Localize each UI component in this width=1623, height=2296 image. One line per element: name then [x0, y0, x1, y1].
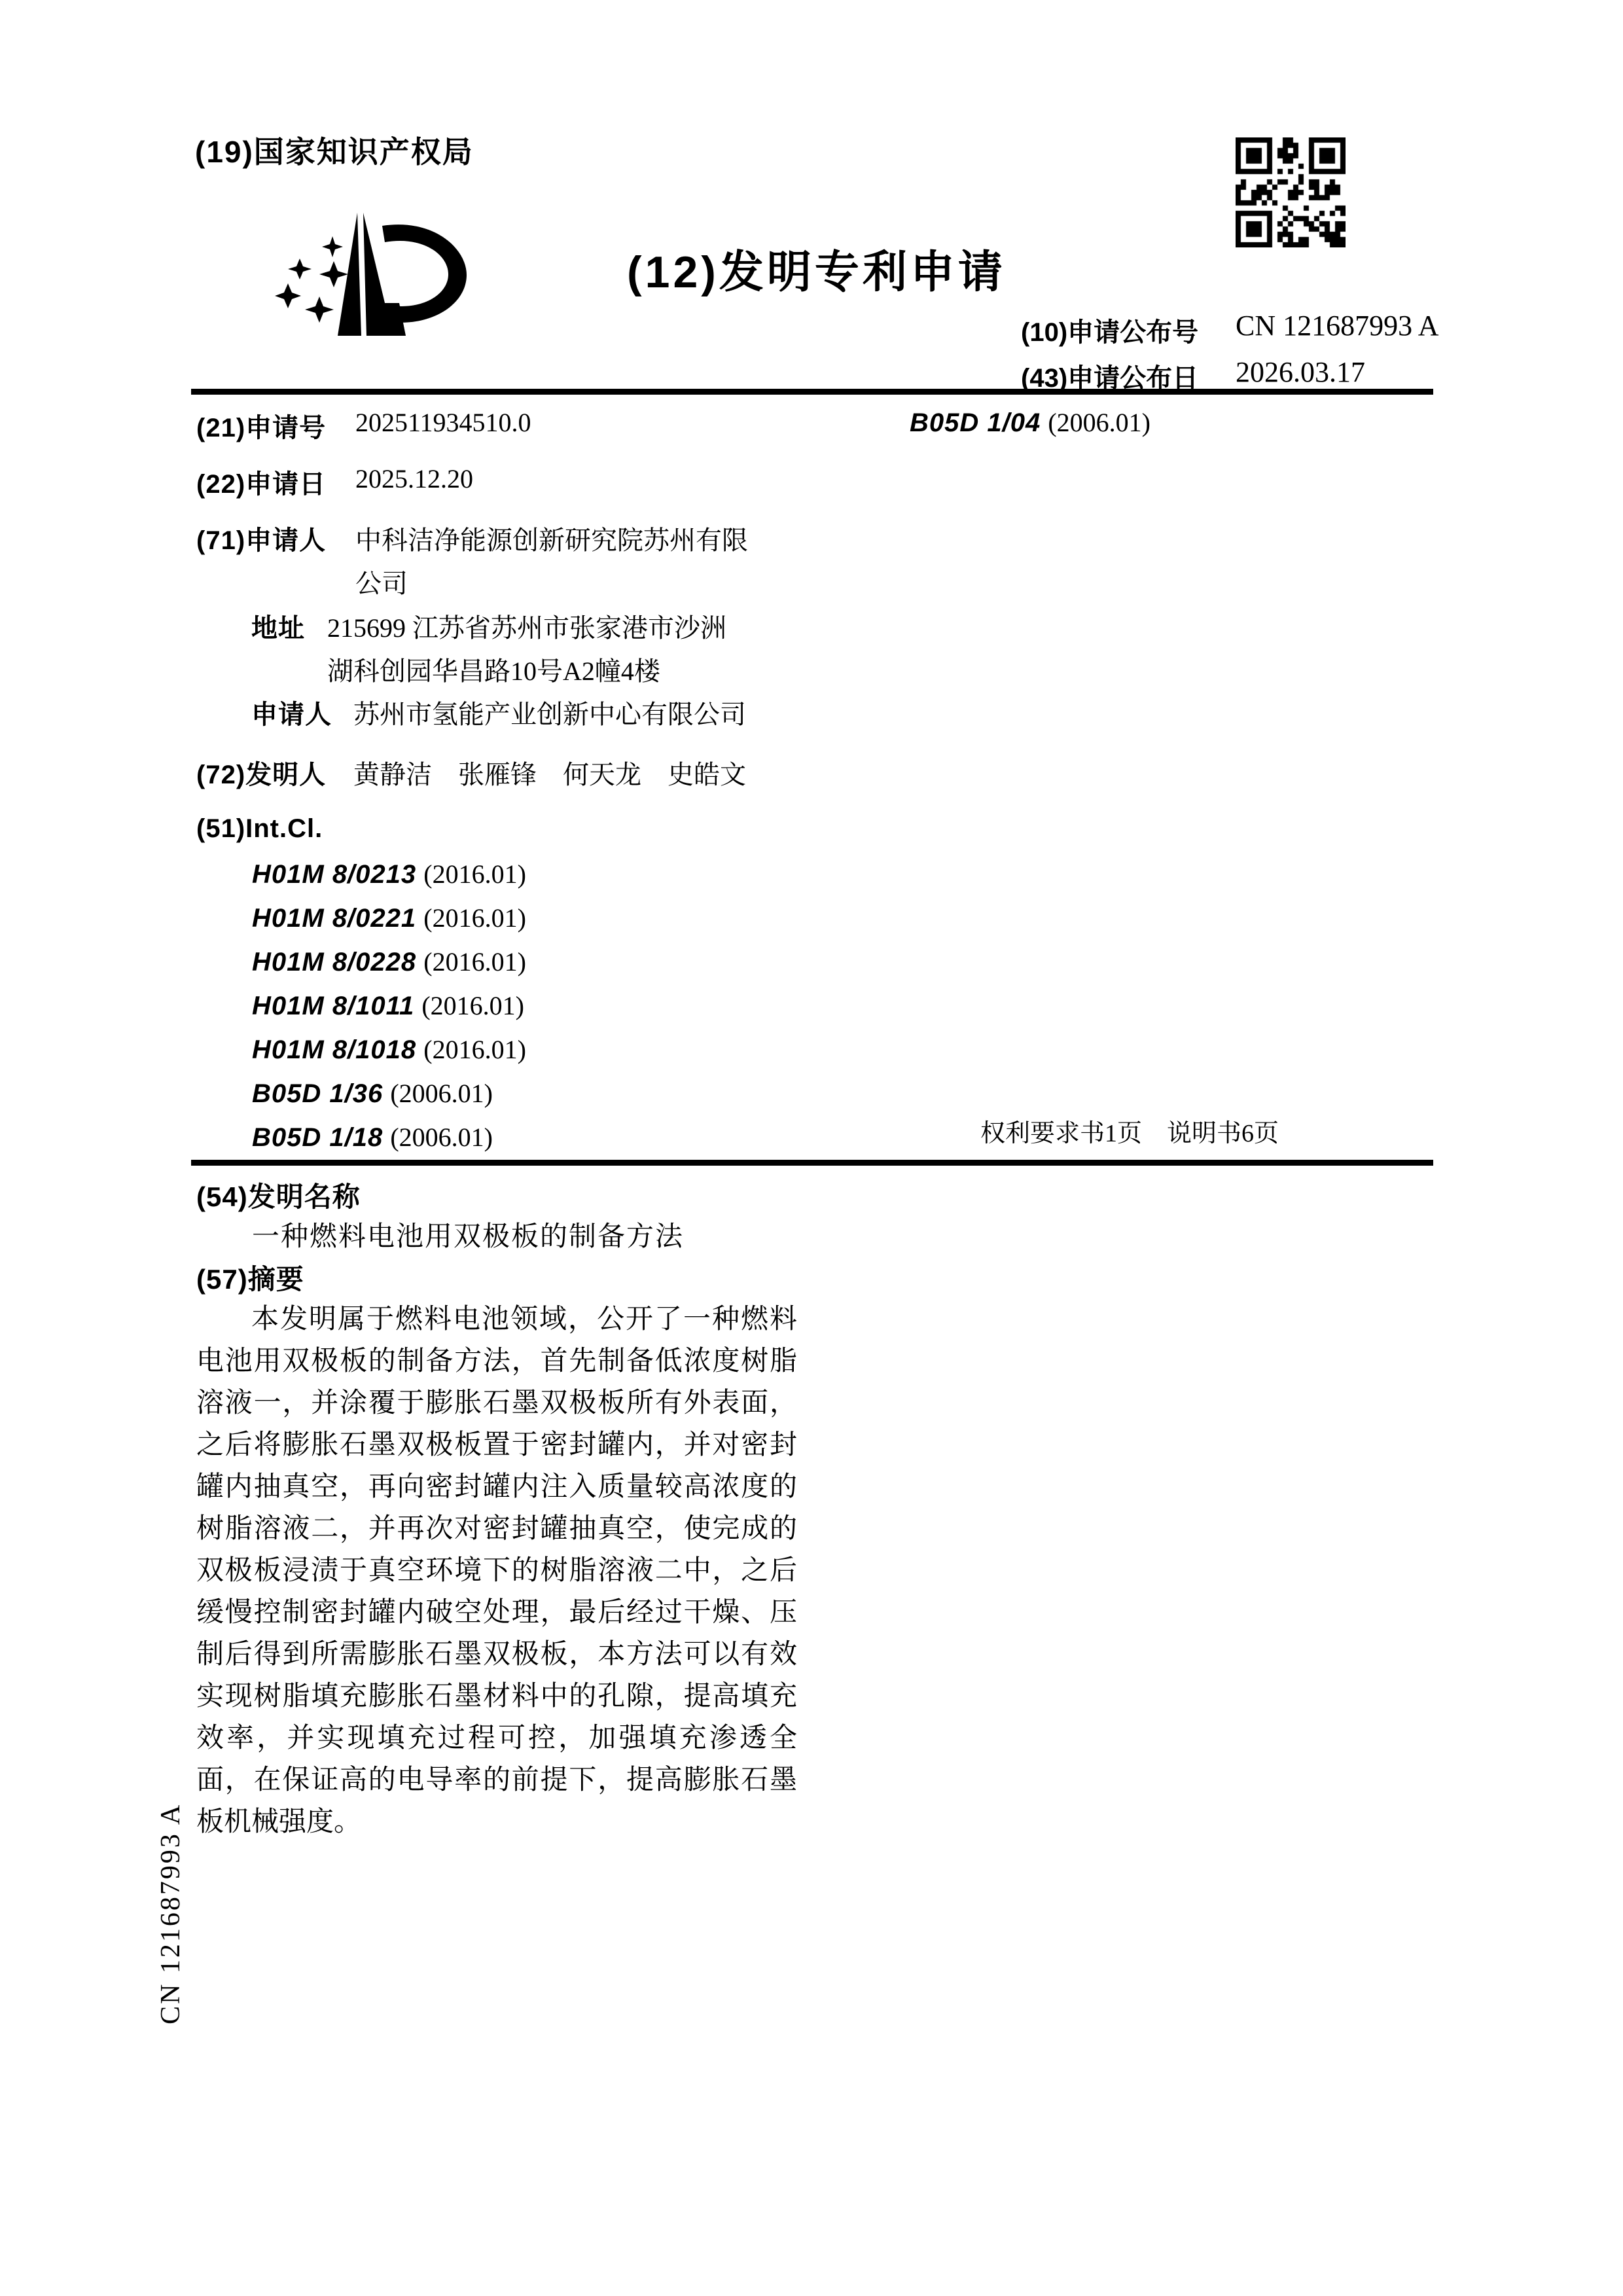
ipc-year: (2006.01)	[390, 1079, 493, 1108]
ipc-entry: H01M 8/0213 (2016.01)	[252, 859, 526, 889]
app-date-value: 2025.12.20	[355, 463, 473, 494]
ipc-year: (2006.01)	[390, 1122, 493, 1152]
pub-no-value: CN 121687993 A	[1236, 309, 1438, 342]
ipc-entry: H01M 8/0221 (2016.01)	[252, 903, 526, 933]
ipc-main-entry: B05D 1/04 (2006.01)	[910, 407, 1150, 438]
address-label: 地址	[251, 607, 305, 645]
address-line2: 湖科创园华昌路10号A2幢4楼	[327, 651, 660, 688]
ipc-year: (2016.01)	[423, 947, 526, 977]
abstract-label: (57)摘要	[196, 1258, 304, 1297]
ipc-code: B05D 1/36	[252, 1079, 383, 1108]
applicant-label: (71)申请人	[196, 520, 326, 557]
address-line1: 215699 江苏省苏州市张家港市沙洲	[327, 607, 726, 645]
document-type-title: (12)发明专利申请	[627, 237, 1006, 300]
ipc-code: H01M 8/0221	[252, 904, 416, 933]
ipc-entry: B05D 1/18 (2006.01)	[252, 1122, 493, 1153]
app-no-value: 202511934510.0	[355, 407, 531, 438]
app-no-label: (21)申请号	[196, 407, 326, 444]
inventor-names: 黄静洁 张雁锋 何天龙 史皓文	[353, 754, 746, 791]
ipc-entry: H01M 8/1011 (2016.01)	[252, 990, 524, 1021]
invention-title: 一种燃料电池用双极板的制备方法	[252, 1215, 684, 1254]
app-date-label: (22)申请日	[196, 463, 326, 501]
ipc-code: B05D 1/04	[910, 408, 1041, 437]
inventor-label: (72)发明人	[196, 754, 326, 791]
header-divider-rule	[191, 389, 1433, 395]
applicant-line1: 中科洁净能源创新研究院苏州有限	[355, 520, 748, 557]
side-publication-code: CN 121687993 A	[155, 1814, 185, 2024]
ipc-entry: H01M 8/0228 (2016.01)	[252, 946, 526, 977]
applicant2-value: 苏州市氢能产业创新中心有限公司	[353, 694, 746, 731]
pub-date-value: 2026.03.17	[1236, 355, 1365, 389]
applicant2-label: 申请人	[251, 694, 332, 731]
ipc-year: (2016.01)	[423, 1035, 526, 1064]
cnipa-emblem-icon	[254, 193, 473, 350]
ipc-entry: H01M 8/1018 (2016.01)	[252, 1034, 526, 1065]
ipc-year: (2016.01)	[423, 903, 526, 933]
pages-note: 权利要求书1页 说明书6页	[980, 1113, 1279, 1149]
ipc-code: H01M 8/1018	[252, 1035, 416, 1064]
patent-front-page: (19)国家知识产权局 (12)发明专利申请 (10)申请公布号 CN 1216…	[0, 0, 1623, 2296]
ipc-entry: B05D 1/36 (2006.01)	[252, 1078, 493, 1109]
pub-no-label: (10)申请公布号	[1021, 312, 1198, 349]
applicant-line2: 公司	[355, 563, 408, 600]
ipc-year: (2016.01)	[423, 859, 526, 889]
section-divider-rule	[191, 1160, 1433, 1166]
ipc-year: (2016.01)	[421, 991, 524, 1020]
ipc-code: B05D 1/18	[252, 1123, 383, 1152]
ipc-year: (2006.01)	[1048, 408, 1150, 437]
qr-code-icon	[1236, 137, 1346, 247]
intcl-label: (51)Int.Cl.	[196, 814, 323, 844]
invention-title-label: (54)发明名称	[196, 1175, 361, 1215]
ipc-code: H01M 8/1011	[252, 992, 414, 1020]
ipc-code: H01M 8/0228	[252, 948, 416, 977]
publishing-office: (19)国家知识产权局	[195, 128, 474, 171]
abstract-text: 本发明属于燃料电池领域，公开了一种燃料电池用双极板的制备方法，首先制备低浓度树脂…	[196, 1299, 797, 1843]
ipc-code: H01M 8/0213	[252, 860, 416, 889]
